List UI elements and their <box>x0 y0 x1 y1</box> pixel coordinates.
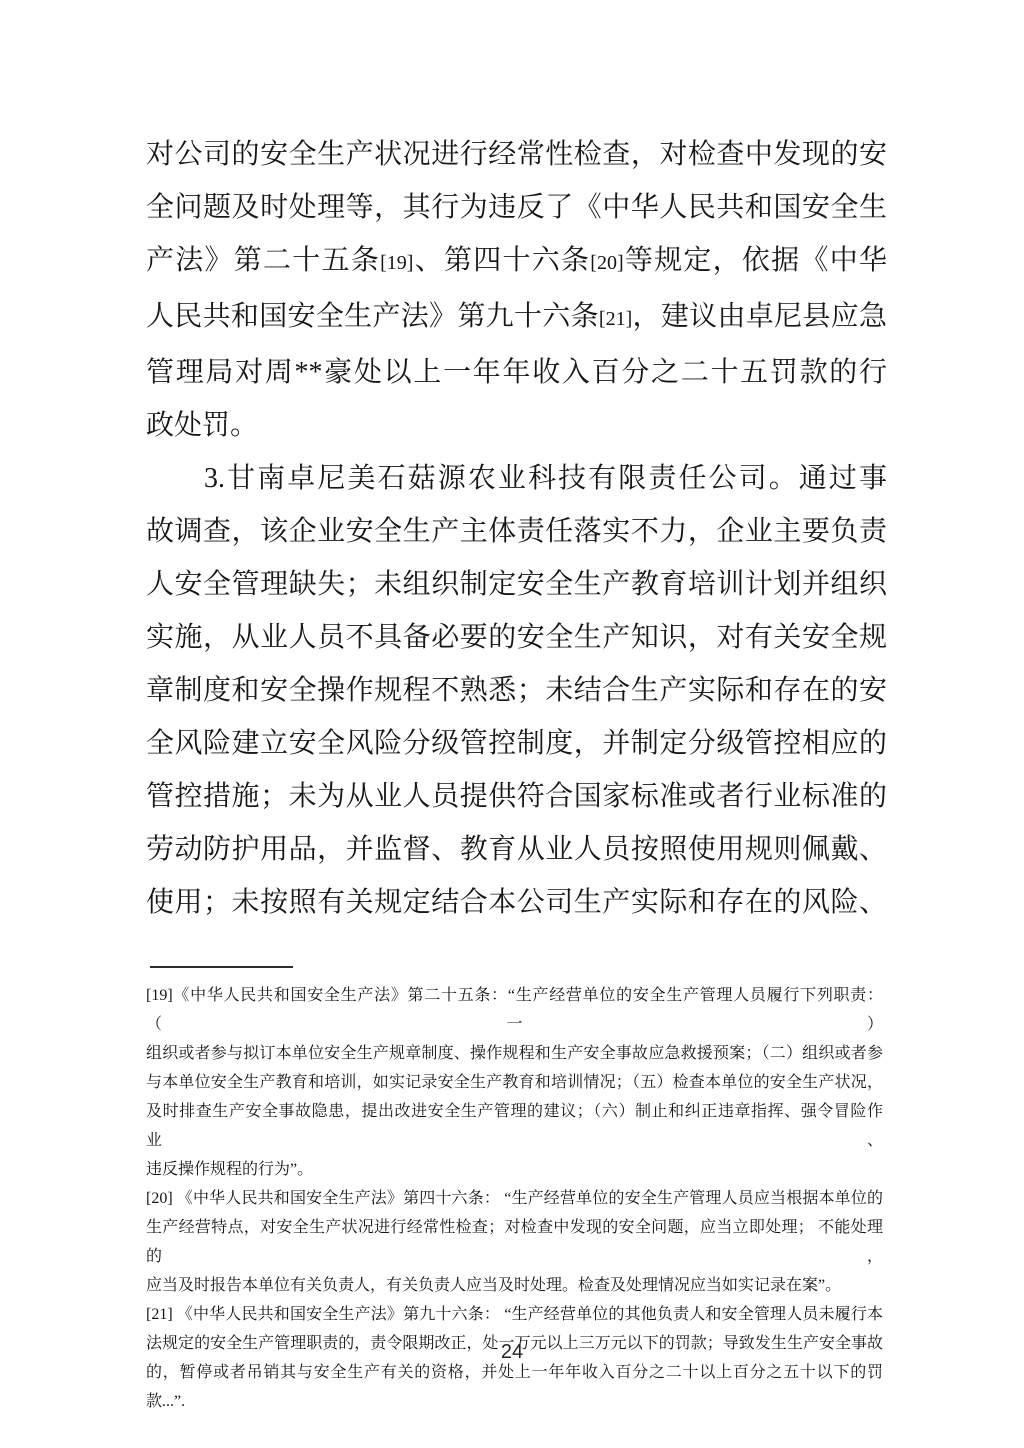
body-line: 使用；未按照有关规定结合本公司生产实际和存在的风险、 <box>146 876 887 929</box>
body-text-segment: 人民共和国安全生产法》第九十六条 <box>146 301 599 332</box>
body-line: 3.甘南卓尼美石菇源农业科技有限责任公司。通过事 <box>146 452 887 505</box>
footnote-20-line: [20] 《中华人民共和国安全生产法》第四十六条： “生产经营单位的安全生产管理… <box>146 1184 883 1213</box>
body-line: 对公司的安全生产状况进行经常性检查，对检查中发现的安 <box>146 128 887 181</box>
body-line: 全问题及时处理等，其行为违反了《中华人民共和国安全生 <box>146 181 887 234</box>
body-text-segment: 、第四十六条 <box>413 245 590 276</box>
footnote-19-line: 违反操作规程的行为”。 <box>146 1155 883 1184</box>
footnote-20-line: 应当及时报告本单位有关负责人，有关负责人应当及时处理。检查及处理情况应当如实记录… <box>146 1271 883 1300</box>
document-body: 对公司的安全生产状况进行经常性检查，对检查中发现的安 全问题及时处理等，其行为违… <box>146 128 887 929</box>
footnote-19-line: 及时排查生产安全事故隐患，提出改进安全生产管理的建议；（六）制止和纠正违章指挥、… <box>146 1097 883 1155</box>
footnote-ref-21: [21] <box>599 308 632 330</box>
body-text-segment: 等规定，依据《中华 <box>624 245 887 276</box>
document-page: 对公司的安全生产状况进行经常性检查，对检查中发现的安 全问题及时处理等，其行为违… <box>0 0 1024 1448</box>
body-line: 实施，从业人员不具备必要的安全生产知识，对有关安全规 <box>146 611 887 664</box>
body-line: 章制度和安全操作规程不熟悉；未结合生产实际和存在的安 <box>146 664 887 717</box>
body-line: 全风险建立安全风险分级管控制度，并制定分级管控相应的 <box>146 717 887 770</box>
footnote-21-line: 款...”. <box>146 1387 883 1416</box>
body-line: 管理局对周**豪处以上一年年收入百分之二十五罚款的行 <box>146 346 887 399</box>
footnote-21-line: [21] 《中华人民共和国安全生产法》第九十六条： “生产经营单位的其他负责人和… <box>146 1300 883 1329</box>
footnote-20-line: 生产经营特点，对安全生产状况进行经常性检查；对检查中发现的安全问题，应当立即处理… <box>146 1213 883 1271</box>
body-line: 故调查，该企业安全生产主体责任落实不力，企业主要负责 <box>146 505 887 558</box>
body-line: 产法》第二十五条[19]、第四十六条[20]等规定，依据《中华 <box>146 234 887 290</box>
footnote-19-line: 与本单位安全生产教育和培训，如实记录安全生产教育和培训情况；（五）检查本单位的安… <box>146 1068 883 1097</box>
footnote-separator <box>150 966 293 968</box>
footnote-ref-19: [19] <box>380 252 413 274</box>
body-line: 人安全管理缺失；未组织制定安全生产教育培训计划并组织 <box>146 558 887 611</box>
body-text-segment: ，建议由卓尼县应急 <box>632 301 887 332</box>
body-line: 人民共和国安全生产法》第九十六条[21]，建议由卓尼县应急 <box>146 290 887 346</box>
body-text-segment: 产法》第二十五条 <box>146 245 380 276</box>
footnote-19-line: [19]《中华人民共和国安全生产法》第二十五条：“生产经营单位的安全生产管理人员… <box>146 981 883 1039</box>
body-line: 政处罚。 <box>146 399 887 452</box>
footnote-19-line: 组织或者参与拟订本单位安全生产规章制度、操作规程和生产安全事故应急救援预案；（二… <box>146 1039 883 1068</box>
footnote-ref-20: [20] <box>590 252 623 274</box>
body-line: 劳动防护用品，并监督、教育从业人员按照使用规则佩戴、 <box>146 823 887 876</box>
page-number: 24 <box>0 1341 1024 1364</box>
body-line: 管控措施；未为从业人员提供符合国家标准或者行业标准的 <box>146 770 887 823</box>
